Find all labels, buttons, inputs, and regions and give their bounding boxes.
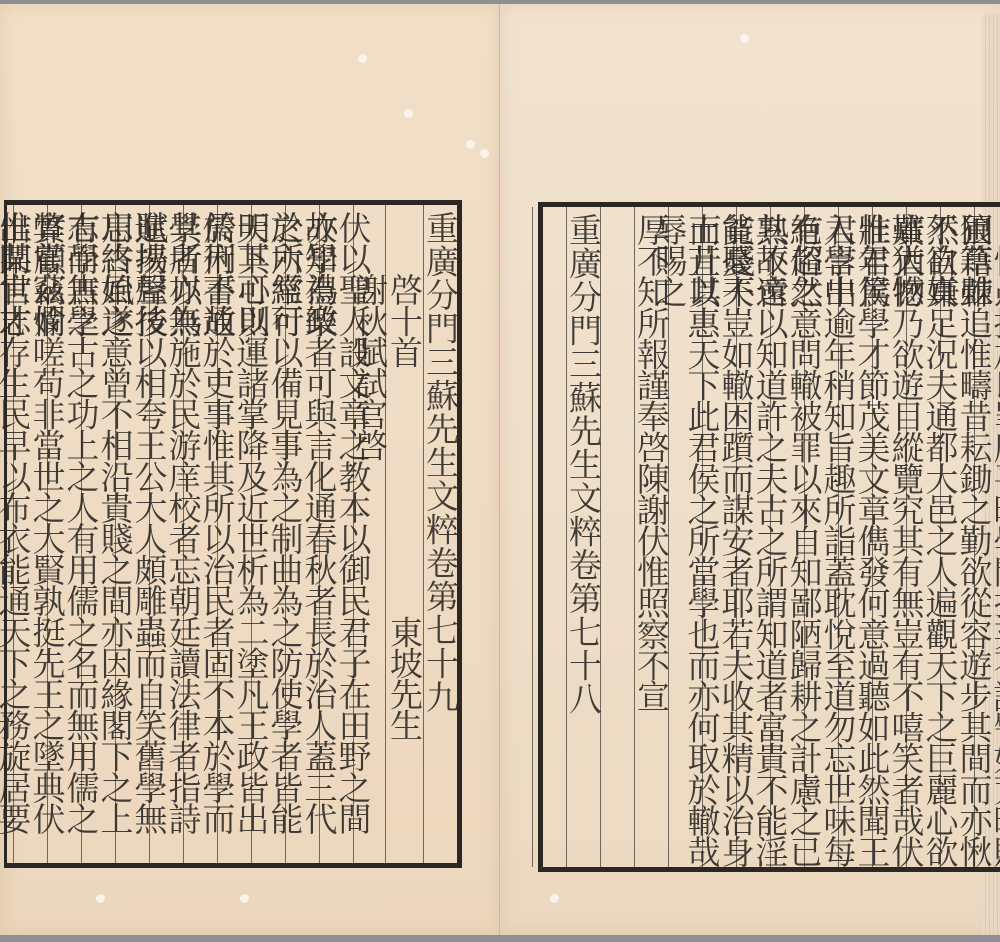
section-heading-column: 啓十首 東坡先生 (385, 205, 423, 863)
paper-spot (404, 109, 413, 118)
left-page: 重廣分門三蘇先生文粹卷第七十九 啓十首 東坡先生 謝秋賦試官啓 伏以聖人設文章之… (0, 4, 501, 935)
blank-column (600, 207, 634, 867)
left-page-text-columns: 重廣分門三蘇先生文粹卷第七十九 啓十首 東坡先生 謝秋賦試官啓 伏以聖人設文章之… (7, 205, 457, 863)
paper-spot (240, 894, 249, 903)
volume-title-column: 重廣分門三蘇先生文粹卷第七十九 (423, 205, 457, 863)
text-column: 出間世志存生民早以布衣能通天下之務旋居要職又為儒 (0, 205, 13, 863)
left-page-border-frame: 重廣分門三蘇先生文粹卷第七十九 啓十首 東坡先生 謝秋賦試官啓 伏以聖人設文章之… (4, 200, 462, 868)
text-column: 土苴以惠天下此君侯之所當學也而亦何取於轍哉辱賜之 (668, 207, 702, 867)
paper-spot (96, 894, 105, 903)
text-column: 厚不知所報謹奉啓陳謝伏惟照察不宣 (634, 207, 668, 867)
right-page: 自惟愚拙加以罪廢平時學問捐弃不講譬如荒畦敗圃草棘 狼籍雖追惟疇昔耘鋤之勤欲從容遊… (500, 4, 1000, 935)
paper-spot (550, 894, 559, 903)
volume-title-column: 重廣分門三蘇先生文粹卷第七十八 (566, 207, 600, 867)
paper-spot (358, 54, 367, 63)
paper-spot (480, 149, 489, 158)
section-heading: 啓十首 東坡先生 (388, 211, 421, 740)
paper-spot (466, 140, 475, 149)
text-column-content: 出間世志存生民早以布衣能通天下之務旋居要職又為儒 (0, 211, 30, 863)
paper-spot (740, 34, 749, 43)
blank-column (532, 207, 566, 867)
volume-title: 重廣分門三蘇先生文粹卷第七十九 (424, 211, 457, 714)
text-column-content: 厚不知所報謹奉啓陳謝伏惟照察不宣 (635, 213, 668, 711)
volume-title: 重廣分門三蘇先生文粹卷第七十八 (567, 213, 600, 716)
right-page-border-frame: 自惟愚拙加以罪廢平時學問捐弃不講譬如荒畦敗圃草棘 狼籍雖追惟疇昔耘鋤之勤欲從容遊… (538, 202, 1000, 872)
right-page-text-columns: 自惟愚拙加以罪廢平時學問捐弃不講譬如荒畦敗圃草棘 狼籍雖追惟疇昔耘鋤之勤欲從容遊… (543, 207, 1000, 867)
